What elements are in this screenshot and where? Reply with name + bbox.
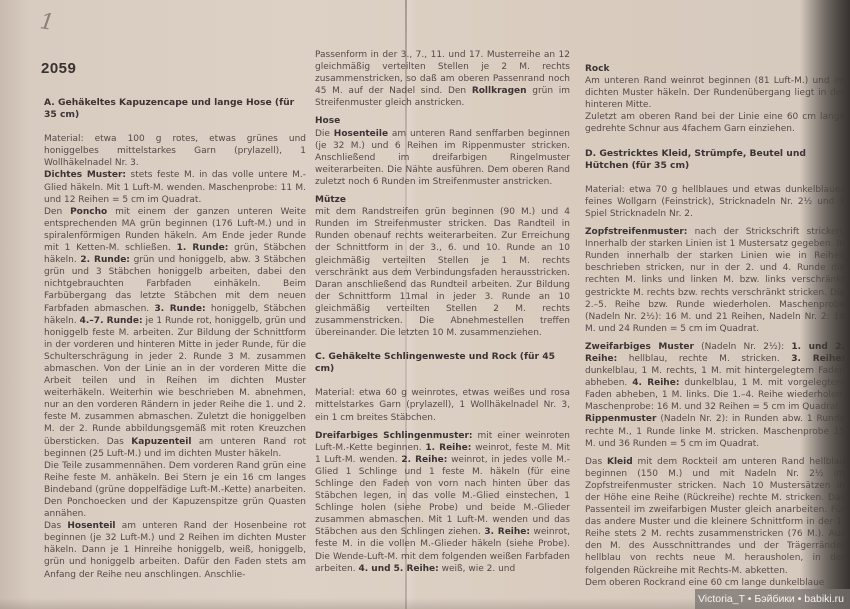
section-a-title: A. Gehäkeltes Kapuzencape und lange Hose… <box>44 97 306 121</box>
schlingenmuster-paragraph: Dreifarbiges Schlingenmuster: mit einer … <box>315 430 570 575</box>
dichtes-muster-paragraph: Dichtes Muster: stets feste M. in das vo… <box>44 169 306 205</box>
scanned-page: 1 2059 A. Gehäkeltes Kapuzencape und lan… <box>0 0 850 609</box>
hosenteile-label: Hosenteile <box>334 129 388 139</box>
handwritten-mark: 1 <box>38 9 55 36</box>
section-c-title: C. Gehäkelte Schlingenweste und Rock (fü… <box>315 351 570 375</box>
zweifarbig-label: Zweifarbiges Muster <box>585 342 694 352</box>
kleid-paragraph-2: Dem oberen Rockrand eine 60 cm lange dun… <box>585 577 845 589</box>
poncho-paragraph: Den Poncho mit einem der ganzen unteren … <box>44 206 306 460</box>
page-number: 2059 <box>41 60 76 77</box>
section-d-title: D. Gestricktes Kleid, Strümpfe, Beutel u… <box>585 148 845 172</box>
muetze-title: Mütze <box>315 194 570 206</box>
column-right: Rock Am unteren Rand weinrot beginnen (8… <box>585 63 845 589</box>
zopfstreifen-label: Zopfstreifenmuster: <box>585 227 687 237</box>
schlingenmuster-label: Dreifarbiges Schlingenmuster: <box>315 431 473 441</box>
rollkragen-label: Rollkragen <box>472 86 527 96</box>
kleid-label: Kleid <box>607 457 633 467</box>
kleid-paragraph: Das Kleid mit dem Rockteil am unteren Ra… <box>585 456 845 577</box>
rock-paragraph-2: Zuletzt am oberen Rand bei der Linie ein… <box>585 111 845 135</box>
hose-paragraph: Die Hosenteile am unteren Rand senffarbe… <box>315 128 570 188</box>
watermark: Victoria_T • Бэйбики • babiki.ru <box>695 589 850 609</box>
zweifarbig-paragraph: Zweifarbiges Muster (Nadeln Nr. 2½): 1. … <box>585 341 845 414</box>
page-shadow-edge <box>818 0 850 609</box>
material-a: Material: etwa 100 g rotes, etwas grünes… <box>44 133 306 169</box>
material-c: Material: etwa 60 g weinrotes, etwas wei… <box>315 387 570 423</box>
teile-paragraph: Die Teile zusammennähen. Dem vorderen Ra… <box>44 460 306 520</box>
rippenmuster-paragraph: Rippenmuster (Nadeln Nr. 2): in Runden a… <box>585 413 845 449</box>
passen-paragraph: Passenform in der 3., 7., 11. und 17. Mu… <box>315 49 570 109</box>
rock-title: Rock <box>585 63 845 75</box>
kapuzenteil-label: Kapuzenteil <box>131 437 191 447</box>
hosenteil-paragraph: Das Hosenteil am unteren Rand der Hosenb… <box>44 520 306 580</box>
rock-paragraph: Am unteren Rand weinrot beginnen (81 Luf… <box>585 75 845 111</box>
dichtes-muster-label: Dichtes Muster: <box>44 170 126 180</box>
column-middle: Passenform in der 3., 7., 11. und 17. Mu… <box>315 49 570 575</box>
zopfstreifen-paragraph: Zopfstreifenmuster: nach der Strickschri… <box>585 226 845 335</box>
rippenmuster-label: Rippenmuster <box>585 414 656 424</box>
column-left: A. Gehäkeltes Kapuzencape und lange Hose… <box>44 97 306 581</box>
hose-title: Hose <box>315 115 570 127</box>
muetze-paragraph: mit dem Randstreifen grün beginnen (90 M… <box>315 206 570 339</box>
hosenteil-label: Hosenteil <box>67 521 115 531</box>
poncho-label: Poncho <box>70 207 107 217</box>
material-d: Material: etwa 70 g hellblaues und etwas… <box>585 184 845 220</box>
